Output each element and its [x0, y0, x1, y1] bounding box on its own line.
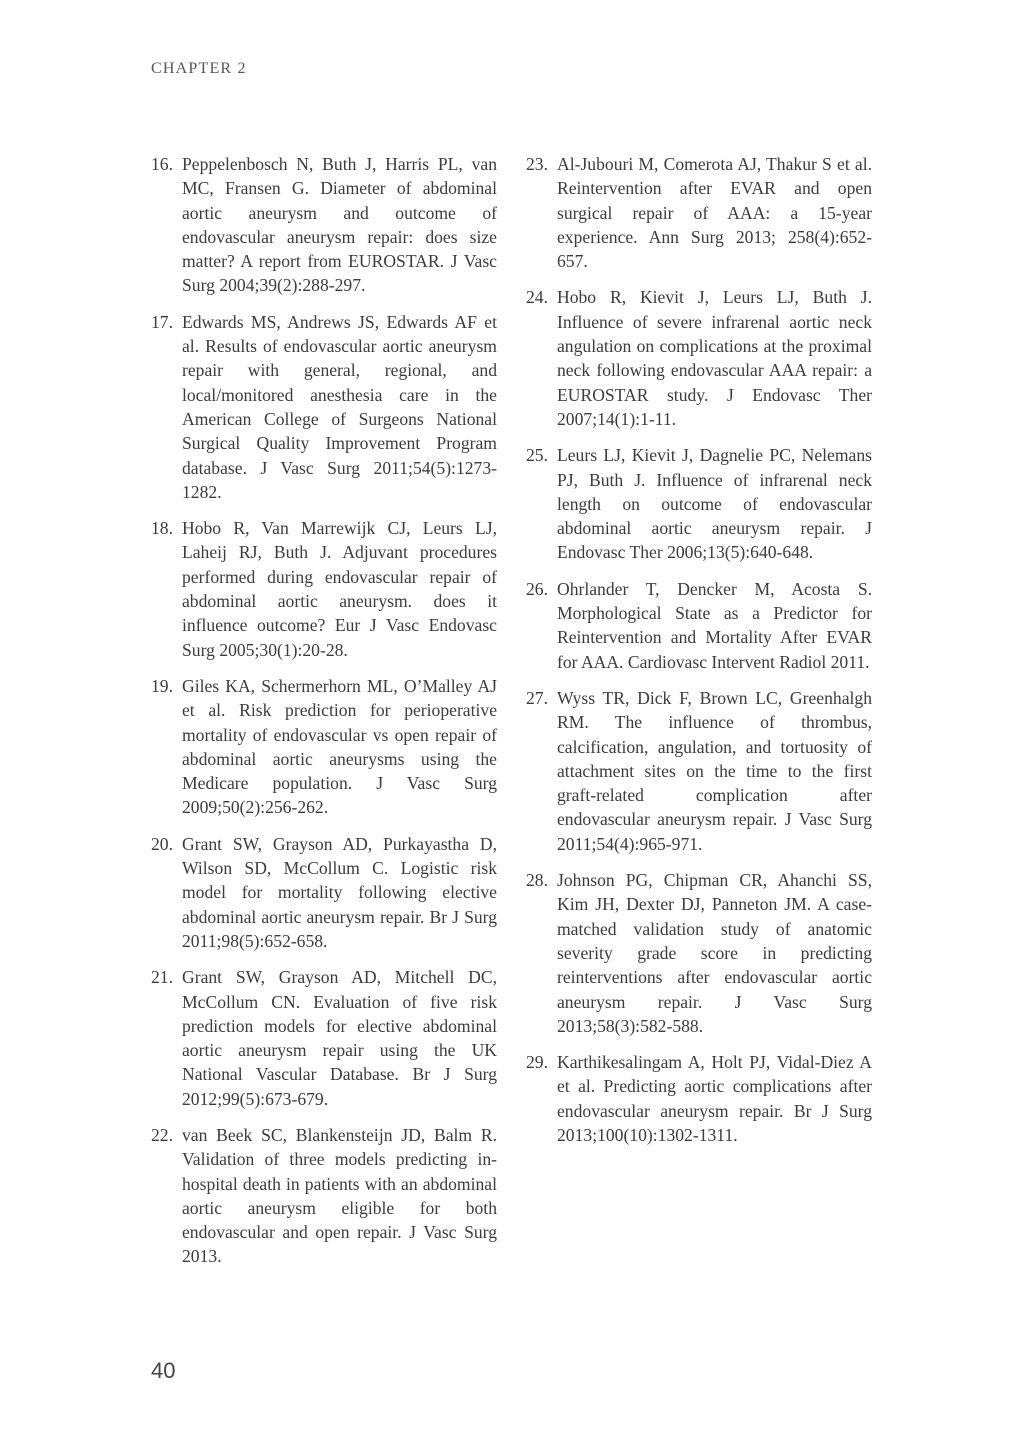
reference-text: Ohrlander T, Dencker M, Acosta S. Morpho…	[557, 579, 872, 672]
reference-text: Peppelenbosch N, Buth J, Harris PL, van …	[182, 154, 497, 295]
reference-column-left: 16.Peppelenbosch N, Buth J, Harris PL, v…	[151, 152, 497, 1281]
reference-item: 29.Karthikesalingam A, Holt PJ, Vidal-Di…	[526, 1050, 872, 1147]
reference-number: 29.	[526, 1050, 548, 1074]
reference-number: 27.	[526, 686, 548, 710]
reference-number: 21.	[151, 965, 173, 989]
reference-number: 18.	[151, 516, 173, 540]
reference-text: Johnson PG, Chipman CR, Ahanchi SS, Kim …	[557, 870, 872, 1036]
reference-text: Al-Jubouri M, Comerota AJ, Thakur S et a…	[557, 154, 872, 271]
reference-item: 21.Grant SW, Grayson AD, Mitchell DC, Mc…	[151, 965, 497, 1111]
reference-item: 27.Wyss TR, Dick F, Brown LC, Greenhalgh…	[526, 686, 872, 856]
reference-text: Grant SW, Grayson AD, Purkayastha D, Wil…	[182, 834, 497, 951]
reference-column-right: 23.Al-Jubouri M, Comerota AJ, Thakur S e…	[526, 152, 872, 1159]
reference-text: van Beek SC, Blankensteijn JD, Balm R. V…	[182, 1125, 497, 1266]
reference-number: 25.	[526, 443, 548, 467]
reference-number: 23.	[526, 152, 548, 176]
reference-text: Giles KA, Schermerhorn ML, O’Malley AJ e…	[182, 676, 497, 817]
reference-item: 16.Peppelenbosch N, Buth J, Harris PL, v…	[151, 152, 497, 298]
reference-text: Hobo R, Kievit J, Leurs LJ, Buth J. Infl…	[557, 287, 872, 428]
reference-item: 22.van Beek SC, Blankensteijn JD, Balm R…	[151, 1123, 497, 1269]
reference-text: Wyss TR, Dick F, Brown LC, Greenhalgh RM…	[557, 688, 872, 854]
reference-item: 24.Hobo R, Kievit J, Leurs LJ, Buth J. I…	[526, 285, 872, 431]
reference-item: 17.Edwards MS, Andrews JS, Edwards AF et…	[151, 310, 497, 504]
reference-number: 16.	[151, 152, 173, 176]
reference-item: 19.Giles KA, Schermerhorn ML, O’Malley A…	[151, 674, 497, 820]
reference-item: 20.Grant SW, Grayson AD, Purkayastha D, …	[151, 832, 497, 953]
reference-item: 23.Al-Jubouri M, Comerota AJ, Thakur S e…	[526, 152, 872, 273]
reference-text: Edwards MS, Andrews JS, Edwards AF et al…	[182, 312, 497, 502]
reference-text: Karthikesalingam A, Holt PJ, Vidal-Diez …	[557, 1052, 872, 1145]
reference-number: 24.	[526, 285, 548, 309]
reference-item: 25.Leurs LJ, Kievit J, Dagnelie PC, Nele…	[526, 443, 872, 564]
running-header: CHAPTER 2	[151, 60, 247, 78]
reference-number: 19.	[151, 674, 173, 698]
reference-text: Hobo R, Van Marrewijk CJ, Leurs LJ, Lahe…	[182, 518, 497, 659]
reference-number: 28.	[526, 868, 548, 892]
page-number: 40	[151, 1358, 175, 1384]
reference-text: Grant SW, Grayson AD, Mitchell DC, McCol…	[182, 967, 497, 1108]
reference-number: 22.	[151, 1123, 173, 1147]
reference-text: Leurs LJ, Kievit J, Dagnelie PC, Neleman…	[557, 445, 872, 562]
reference-item: 28.Johnson PG, Chipman CR, Ahanchi SS, K…	[526, 868, 872, 1038]
reference-number: 17.	[151, 310, 173, 334]
reference-item: 18.Hobo R, Van Marrewijk CJ, Leurs LJ, L…	[151, 516, 497, 662]
reference-item: 26.Ohrlander T, Dencker M, Acosta S. Mor…	[526, 577, 872, 674]
reference-number: 26.	[526, 577, 548, 601]
reference-number: 20.	[151, 832, 173, 856]
